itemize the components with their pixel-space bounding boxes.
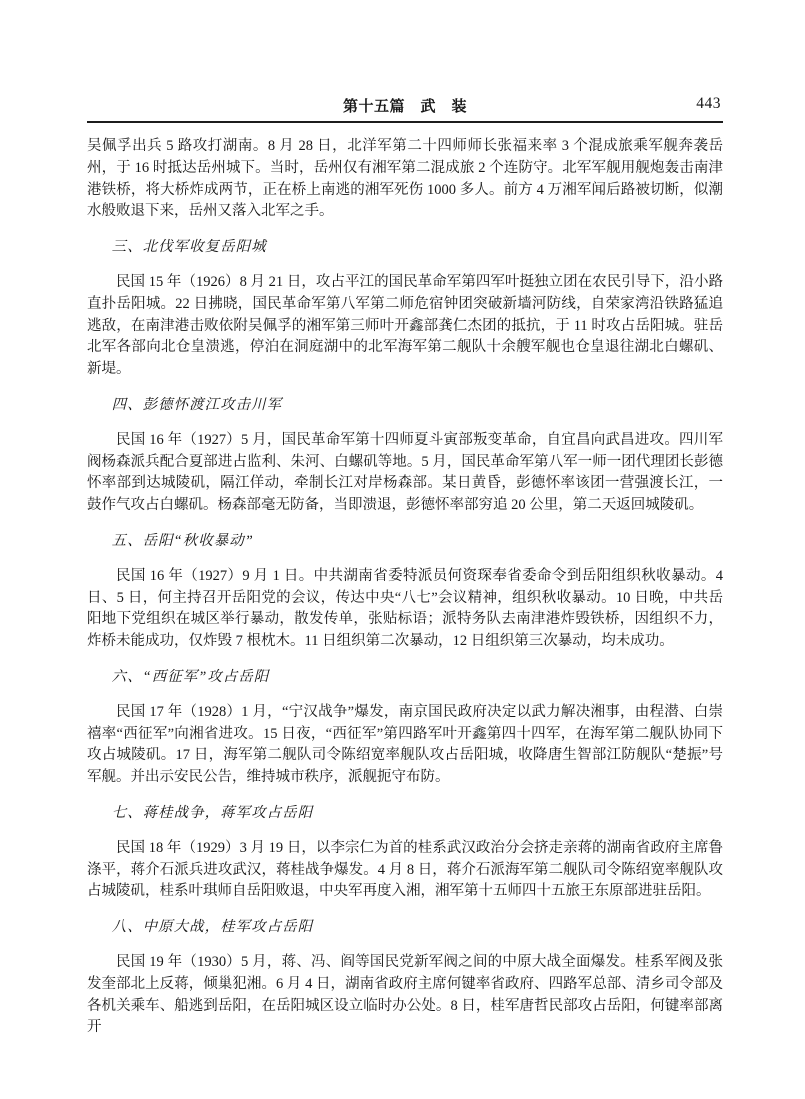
section-heading: 六、“西征军”攻占岳阳	[112, 667, 723, 689]
body-paragraph: 民国 15 年（1926）8 月 21 日，攻占平江的国民革命军第四军叶挺独立团…	[87, 272, 723, 381]
body-paragraph: 民国 16 年（1927）5 月，国民革命军第十四师夏斗寅部叛变革命，自宜昌向武…	[87, 430, 723, 517]
body-paragraph: 吴佩孚出兵 5 路攻打湖南。8 月 28 日，北洋军第二十四师师长张福来率 3 …	[87, 136, 723, 223]
section-heading: 五、岳阳“秋收暴动”	[112, 531, 723, 553]
book-page: 第十五篇 武 装 443 吴佩孚出兵 5 路攻打湖南。8 月 28 日，北洋军第…	[0, 0, 805, 1099]
body-paragraph: 民国 17 年（1928）1 月，“宁汉战争”爆发，南京国民政府决定以武力解决湘…	[87, 702, 723, 789]
chapter-title: 第十五篇 武 装	[343, 99, 467, 115]
header-rule	[87, 121, 723, 123]
section-heading: 七、蒋桂战争，蒋军攻占岳阳	[112, 803, 723, 825]
body-paragraph: 民国 16 年（1927）9 月 1 日。中共湖南省委特派员何资琛奉省委命令到岳…	[87, 566, 723, 653]
section-heading: 三、北伐军收复岳阳城	[112, 237, 723, 259]
page-number: 443	[696, 95, 721, 113]
body-paragraph: 民国 19 年（1930）5 月，蒋、冯、阎等国民党新军阀之间的中原大战全面爆发…	[87, 952, 723, 1039]
page-body: 吴佩孚出兵 5 路攻打湖南。8 月 28 日，北洋军第二十四师师长张福来率 3 …	[87, 136, 723, 1039]
section-heading: 八、中原大战，桂军攻占岳阳	[112, 917, 723, 939]
body-paragraph: 民国 18 年（1929）3 月 19 日，以李宗仁为首的桂系武汉政治分会挤走亲…	[87, 838, 723, 903]
section-heading: 四、彭德怀渡江攻击川军	[112, 395, 723, 417]
running-header: 第十五篇 武 装 443	[87, 95, 723, 117]
